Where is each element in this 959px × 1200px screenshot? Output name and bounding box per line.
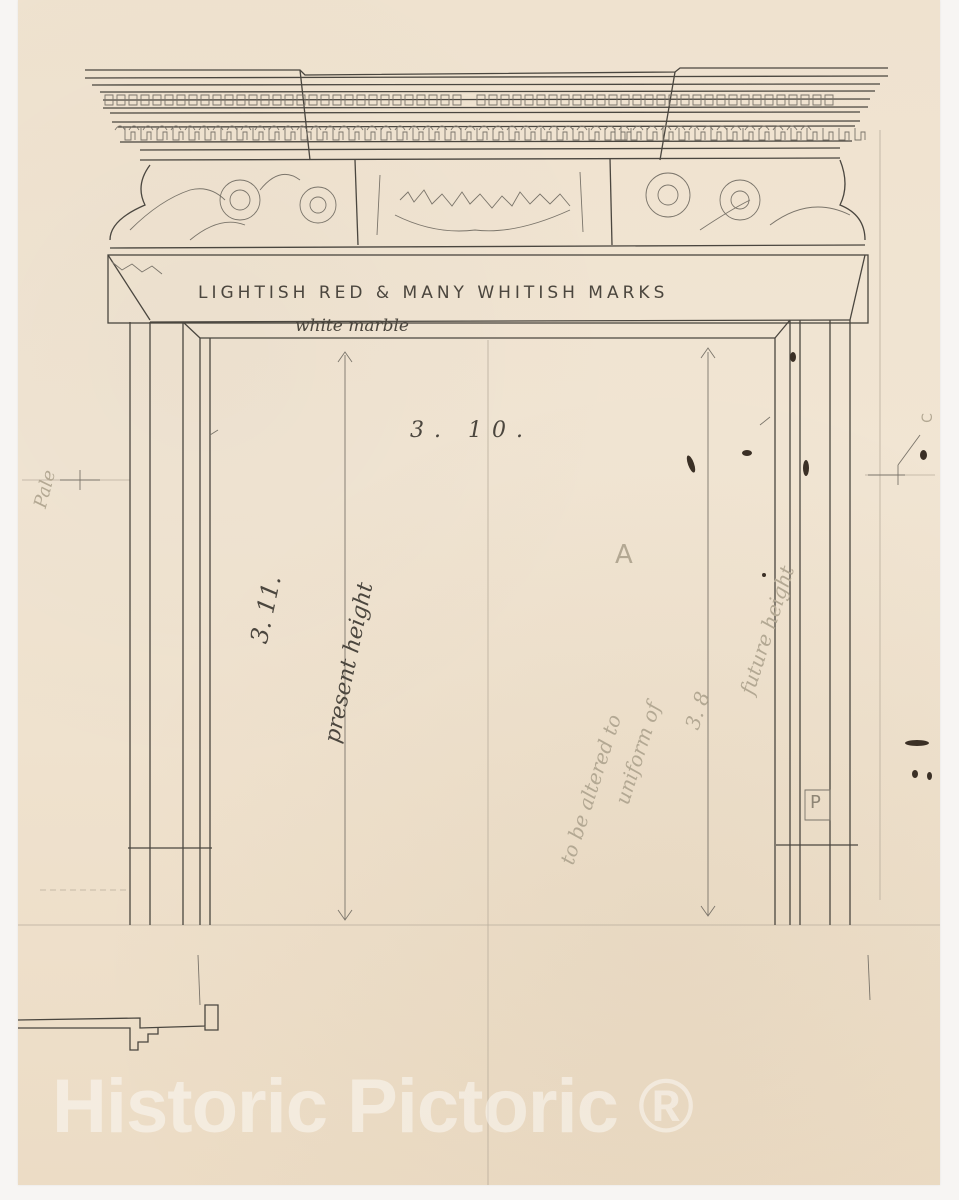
watermark-text: Historic Pictoric ® xyxy=(52,1063,693,1150)
stain xyxy=(912,770,918,778)
right-margin-note: C xyxy=(920,413,936,423)
dentil-rows xyxy=(105,95,865,140)
stain xyxy=(762,573,766,577)
stain xyxy=(920,450,927,460)
chimneypiece-drawing xyxy=(0,0,959,1200)
section-profile xyxy=(18,955,870,1050)
letter-p: P xyxy=(810,792,821,813)
stain xyxy=(790,352,796,362)
stain xyxy=(927,772,932,780)
stain xyxy=(742,450,752,456)
foliage-scrolls xyxy=(130,172,850,240)
stain xyxy=(803,460,809,476)
artwork-canvas: LIGHTISH RED & MANY WHITISH MARKS white … xyxy=(0,0,959,1200)
lintel-script-annotation: white marble xyxy=(295,316,409,336)
lintel-caps-annotation: LIGHTISH RED & MANY WHITISH MARKS xyxy=(198,283,668,303)
cornice xyxy=(85,68,888,160)
right-jamb xyxy=(775,320,858,925)
left-jamb xyxy=(128,322,212,925)
stain xyxy=(905,740,929,746)
opening-width-annotation: 3. 10. xyxy=(410,418,533,443)
letter-a: A xyxy=(615,540,633,570)
